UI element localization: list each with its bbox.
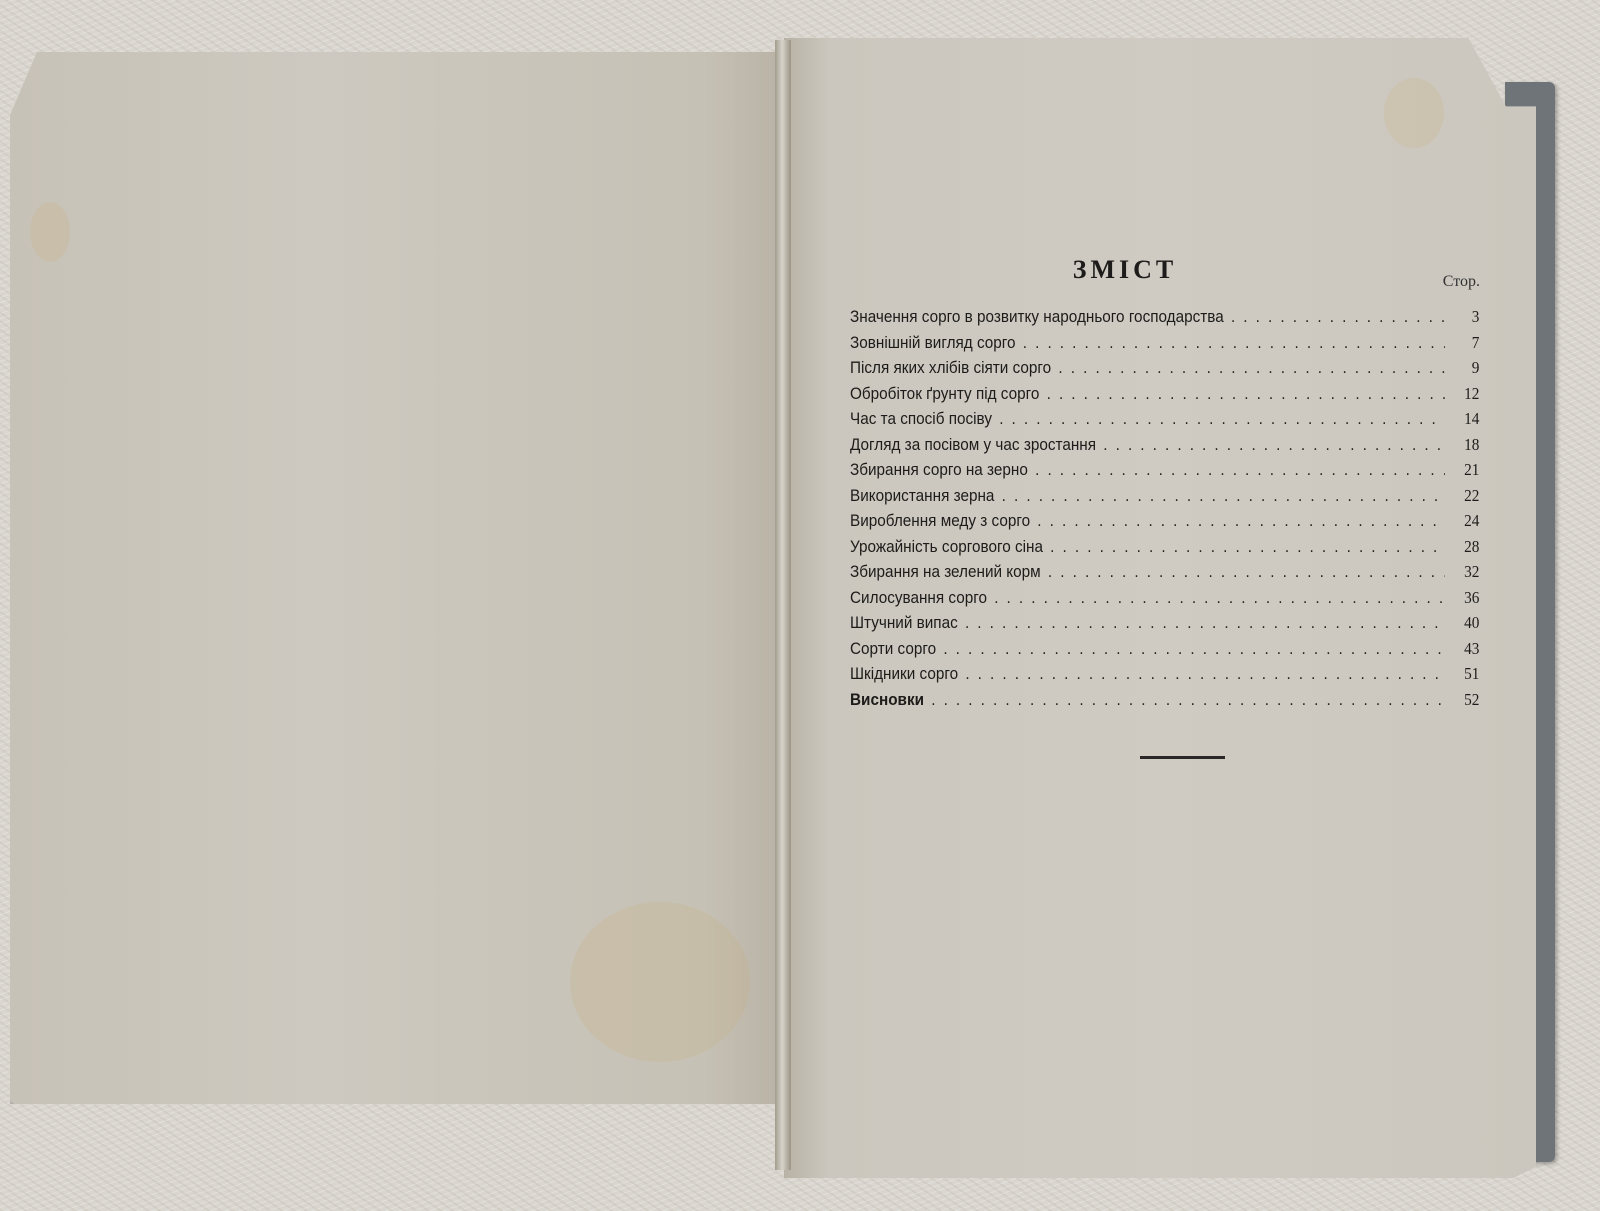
table-of-contents: ЗМІСТ Стор. Значення сорго в розвитку на… (850, 255, 1480, 715)
end-divider-rule (1140, 756, 1225, 759)
toc-entry: Обробіток ґрунту під сорго..............… (850, 384, 1479, 410)
book-spine-gutter (775, 40, 791, 1170)
toc-list: Значення сорго в розвитку народнього гос… (850, 307, 1480, 715)
toc-entry: Після яких хлібів сіяти сорго...........… (850, 358, 1479, 384)
toc-entry: Догляд за посівом у час зростання.......… (850, 435, 1479, 461)
stain (570, 902, 750, 1062)
toc-entry: Час та спосіб посіву....................… (850, 409, 1479, 435)
toc-entry: Збирання сорго на зерно.................… (850, 460, 1479, 486)
toc-entry: Збирання на зелений корм................… (850, 562, 1479, 588)
toc-entry: Шкідники сорго..........................… (850, 664, 1479, 690)
toc-entry: Висновки................................… (850, 690, 1479, 716)
page-column-label: Стор. (1443, 273, 1480, 291)
toc-entry: Використання зерна......................… (850, 486, 1479, 512)
toc-entry: Урожайність соргового сіна..............… (850, 537, 1479, 563)
left-page (10, 52, 782, 1104)
toc-entry: Зовнішній вигляд сорго..................… (850, 333, 1479, 359)
toc-entry: Сорти сорго.............................… (850, 639, 1479, 665)
toc-entry: Штучний випас...........................… (850, 613, 1479, 639)
toc-entry: Вироблення меду з сорго.................… (850, 511, 1479, 537)
stain (1384, 78, 1444, 148)
stain (30, 202, 70, 262)
toc-title: ЗМІСТ (770, 255, 1480, 285)
toc-entry: Значення сорго в розвитку народнього гос… (850, 307, 1479, 333)
toc-entry: Силосування сорго.......................… (850, 588, 1479, 614)
